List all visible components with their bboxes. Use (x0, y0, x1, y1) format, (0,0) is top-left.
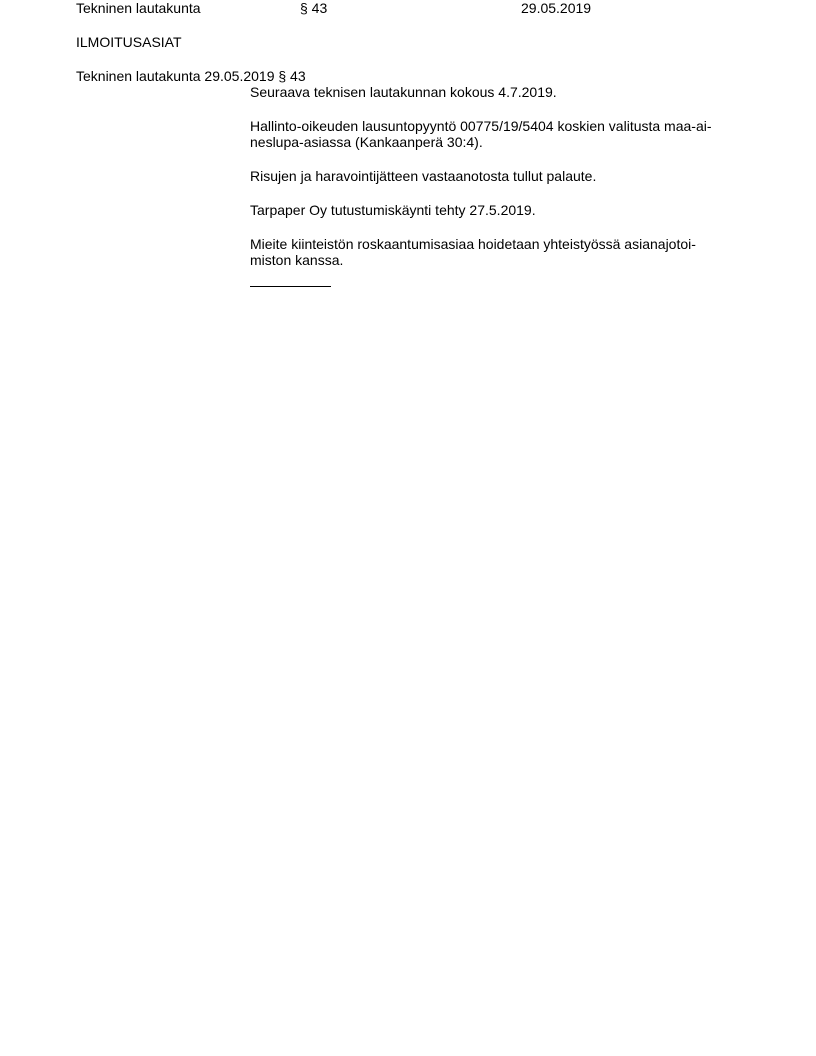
announcement-next-meeting: Seuraava teknisen lautakunnan kokous 4.7… (250, 84, 750, 100)
announcement-waste-feedback: Risujen ja haravointijätteen vastaanotos… (250, 168, 750, 184)
header-section-number: § 43 (300, 0, 327, 16)
end-separator-line (250, 286, 331, 287)
announcement-site-visit: Tarpaper Oy tutustumiskäynti tehty 27.5.… (250, 202, 750, 218)
announcement-property-littering: Mieite kiinteistön roskaantumisasiaa hoi… (250, 236, 750, 268)
document-title: ILMOITUSASIAT (76, 34, 182, 50)
announcement-court-statement-request: Hallinto-oikeuden lausuntopyyntö 00775/1… (250, 118, 750, 150)
meeting-reference: Tekninen lautakunta 29.05.2019 § 43 (76, 68, 306, 84)
header-meeting-date: 29.05.2019 (521, 0, 591, 16)
announcement-body: Seuraava teknisen lautakunnan kokous 4.7… (250, 84, 750, 287)
header-committee-name: Tekninen lautakunta (76, 0, 201, 16)
